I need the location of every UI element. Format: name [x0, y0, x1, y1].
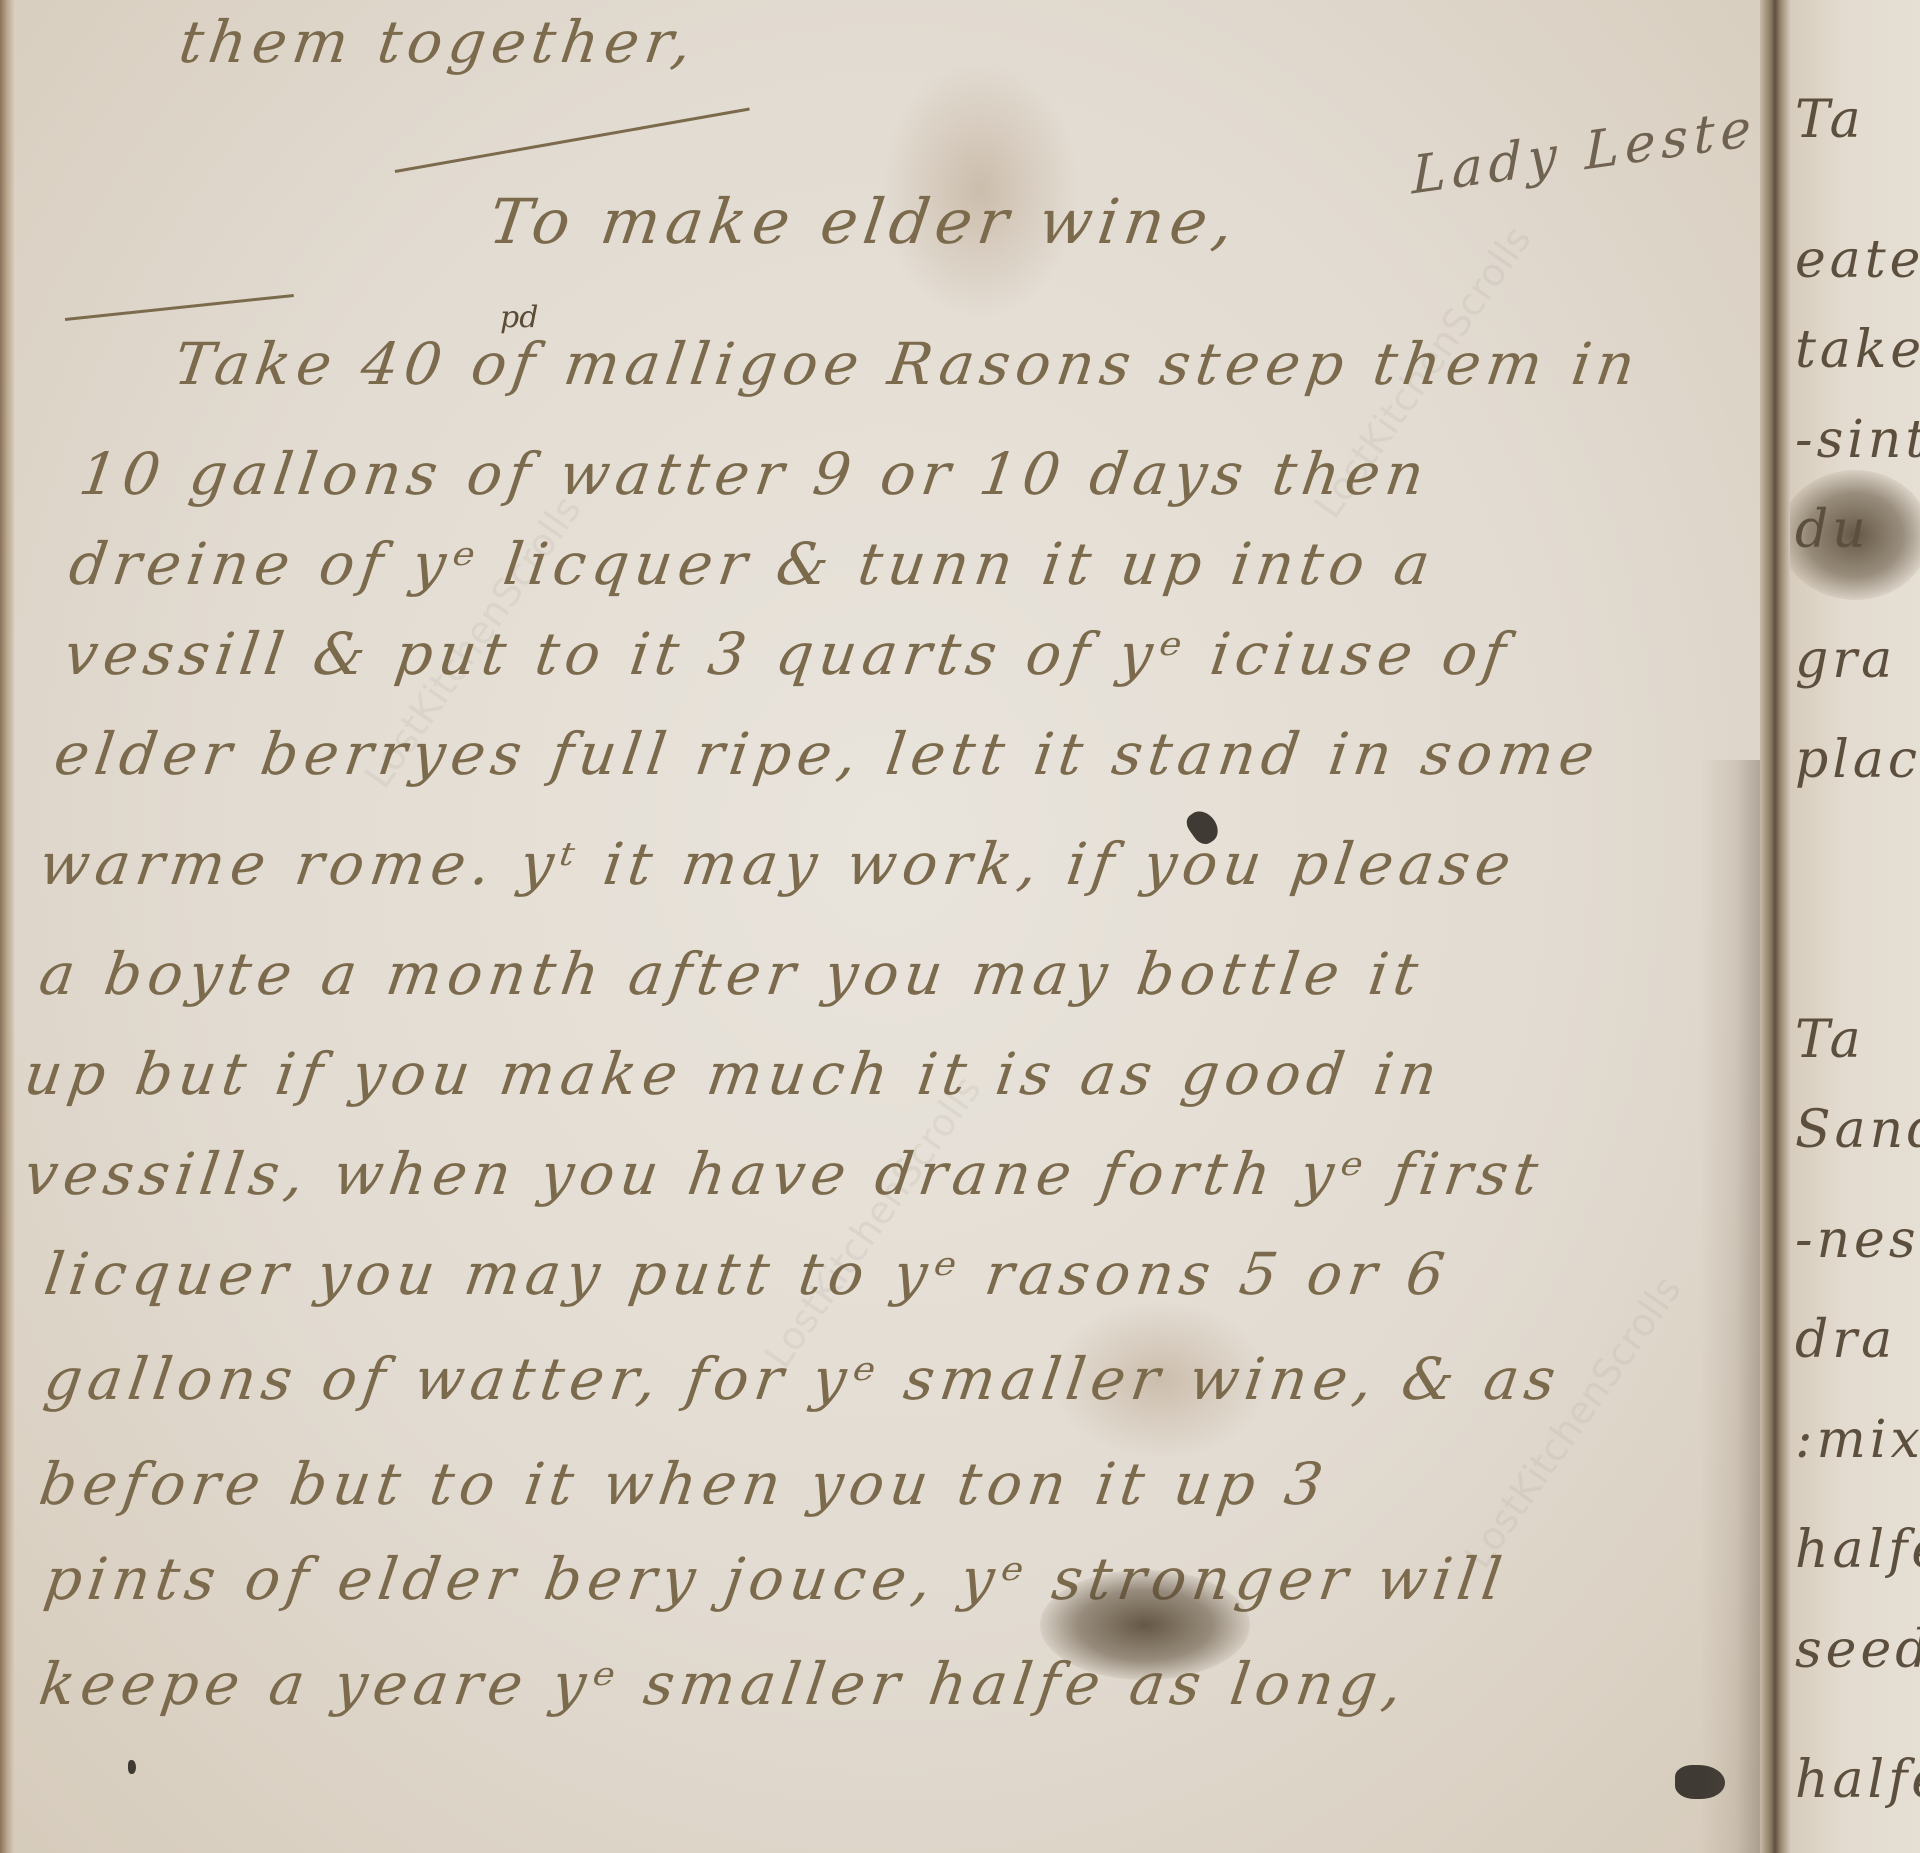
- facing-page-fragment: du: [1795, 500, 1870, 560]
- recipe-line-8: up but if you make much it is as good in: [20, 1040, 1447, 1108]
- recipe-line-2: 10 gallons of watter 9 or 10 days then: [75, 440, 1434, 508]
- facing-page-fragment: -sinti: [1795, 410, 1920, 470]
- page-edge-shadow: [1700, 760, 1760, 1853]
- recipe-line-3: dreine of yᵉ licquer & tunn it up into a: [65, 530, 1440, 598]
- recipe-line-6: warme rome. yᵗ it may work, if you pleas…: [35, 830, 1521, 898]
- recipe-line-10: licquer you may putt to yᵉ rasons 5 or 6: [40, 1240, 1454, 1308]
- facing-page-fragment: halfe: [1795, 1750, 1920, 1810]
- facing-page-fragment: gra: [1795, 630, 1896, 690]
- recipe-line-9: vessills, when you have drane forth yᵉ f…: [20, 1140, 1548, 1208]
- facing-page-fragment: eate: [1795, 230, 1920, 290]
- recipe-line-13: pints of elder bery jouce, yᵉ stronger w…: [40, 1545, 1511, 1613]
- ink-stain: [1040, 1570, 1250, 1680]
- recipe-line-4: vessill & put to it 3 quarts of yᵉ icius…: [60, 620, 1515, 688]
- facing-page-fragment: Sand: [1795, 1100, 1920, 1160]
- recipe-line-1: Take 40 of malligoe Rasons steep them in: [170, 330, 1645, 398]
- facing-page-fragment: Ta: [1795, 1010, 1865, 1070]
- recipe-line-11: gallons of watter, for yᵉ smaller wine, …: [40, 1345, 1565, 1413]
- recipe-line-7: a boyte a month after you may bottle it: [35, 940, 1428, 1008]
- facing-page-fragment: dra: [1795, 1310, 1896, 1370]
- page-left-edge: [0, 0, 14, 1853]
- facing-page-fragment: -nes: [1795, 1210, 1920, 1270]
- previous-recipe-ending: them together,: [175, 8, 701, 76]
- facing-page-fragment: plac: [1795, 730, 1920, 790]
- recipe-line-12: before but to it when you ton it up 3: [35, 1450, 1333, 1518]
- recipe-line-5: elder berryes full ripe, lett it stand i…: [50, 720, 1604, 788]
- facing-page-fragment: :mix: [1795, 1410, 1920, 1470]
- book-gutter: [1760, 0, 1790, 1853]
- facing-page-fragment: take: [1795, 320, 1920, 380]
- facing-page-fragment: Ta: [1795, 90, 1865, 150]
- ink-dot: [128, 1760, 136, 1774]
- facing-page-fragment: halfe: [1795, 1520, 1920, 1580]
- recipe-title: To make elder wine,: [485, 185, 1244, 258]
- facing-page-fragment: seeds: [1795, 1620, 1920, 1680]
